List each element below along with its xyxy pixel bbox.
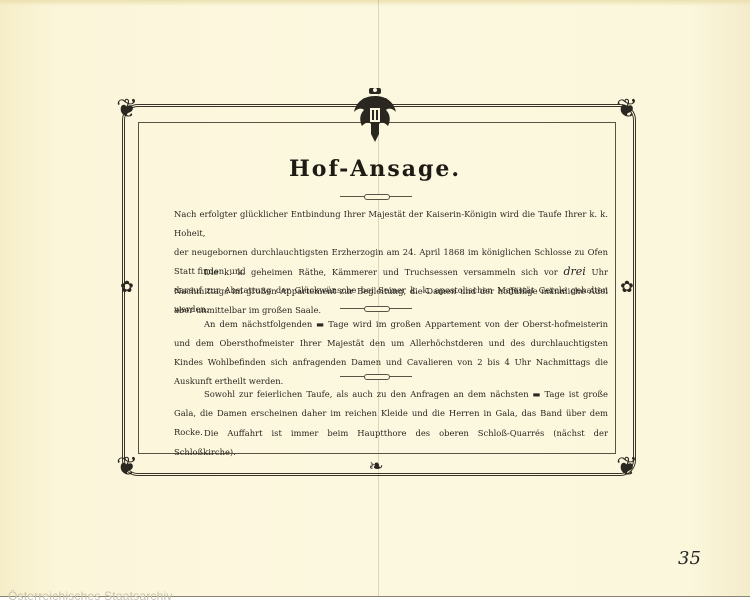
corner-ornament-icon: ❦	[612, 452, 642, 482]
paragraph-3: An dem nächstfolgenden ▬ Tage wird im gr…	[174, 315, 608, 391]
paragraph-separator	[340, 308, 412, 309]
paragraph-5-text: Die Auffahrt ist immer beim Hauptthore d…	[174, 428, 608, 457]
paragraph-5: Die Auffahrt ist immer beim Hauptthore d…	[174, 424, 608, 462]
paragraph-separator	[340, 376, 412, 377]
title-separator	[340, 196, 412, 197]
handwritten-time: drei	[563, 265, 585, 278]
double-headed-eagle-crest-icon	[350, 86, 400, 146]
side-ornament-icon: ✿	[112, 272, 142, 302]
corner-ornament-icon: ❦	[112, 94, 142, 124]
corner-ornament-icon: ❦	[112, 452, 142, 482]
document-title: Hof-Ansage.	[0, 156, 750, 182]
folio-number: 35	[678, 548, 701, 569]
paragraph-2-text-before: Die k. k. geheimen Räthe, Kämmerer und T…	[204, 267, 558, 277]
document-page: ❦ ❦ ❦ ❦ ❧ ✿ ✿ Hof-Ansage. Nach erfolgter…	[0, 0, 750, 596]
archive-watermark: Österreichisches Staatsarchiv	[8, 589, 173, 603]
corner-ornament-icon: ❦	[612, 94, 642, 124]
side-ornament-icon: ✿	[612, 272, 642, 302]
paragraph-1-line-1: Nach erfolgter glücklicher Entbindung Ih…	[174, 209, 608, 238]
paragraph-2: Die k. k. geheimen Räthe, Kämmerer und T…	[174, 262, 608, 320]
